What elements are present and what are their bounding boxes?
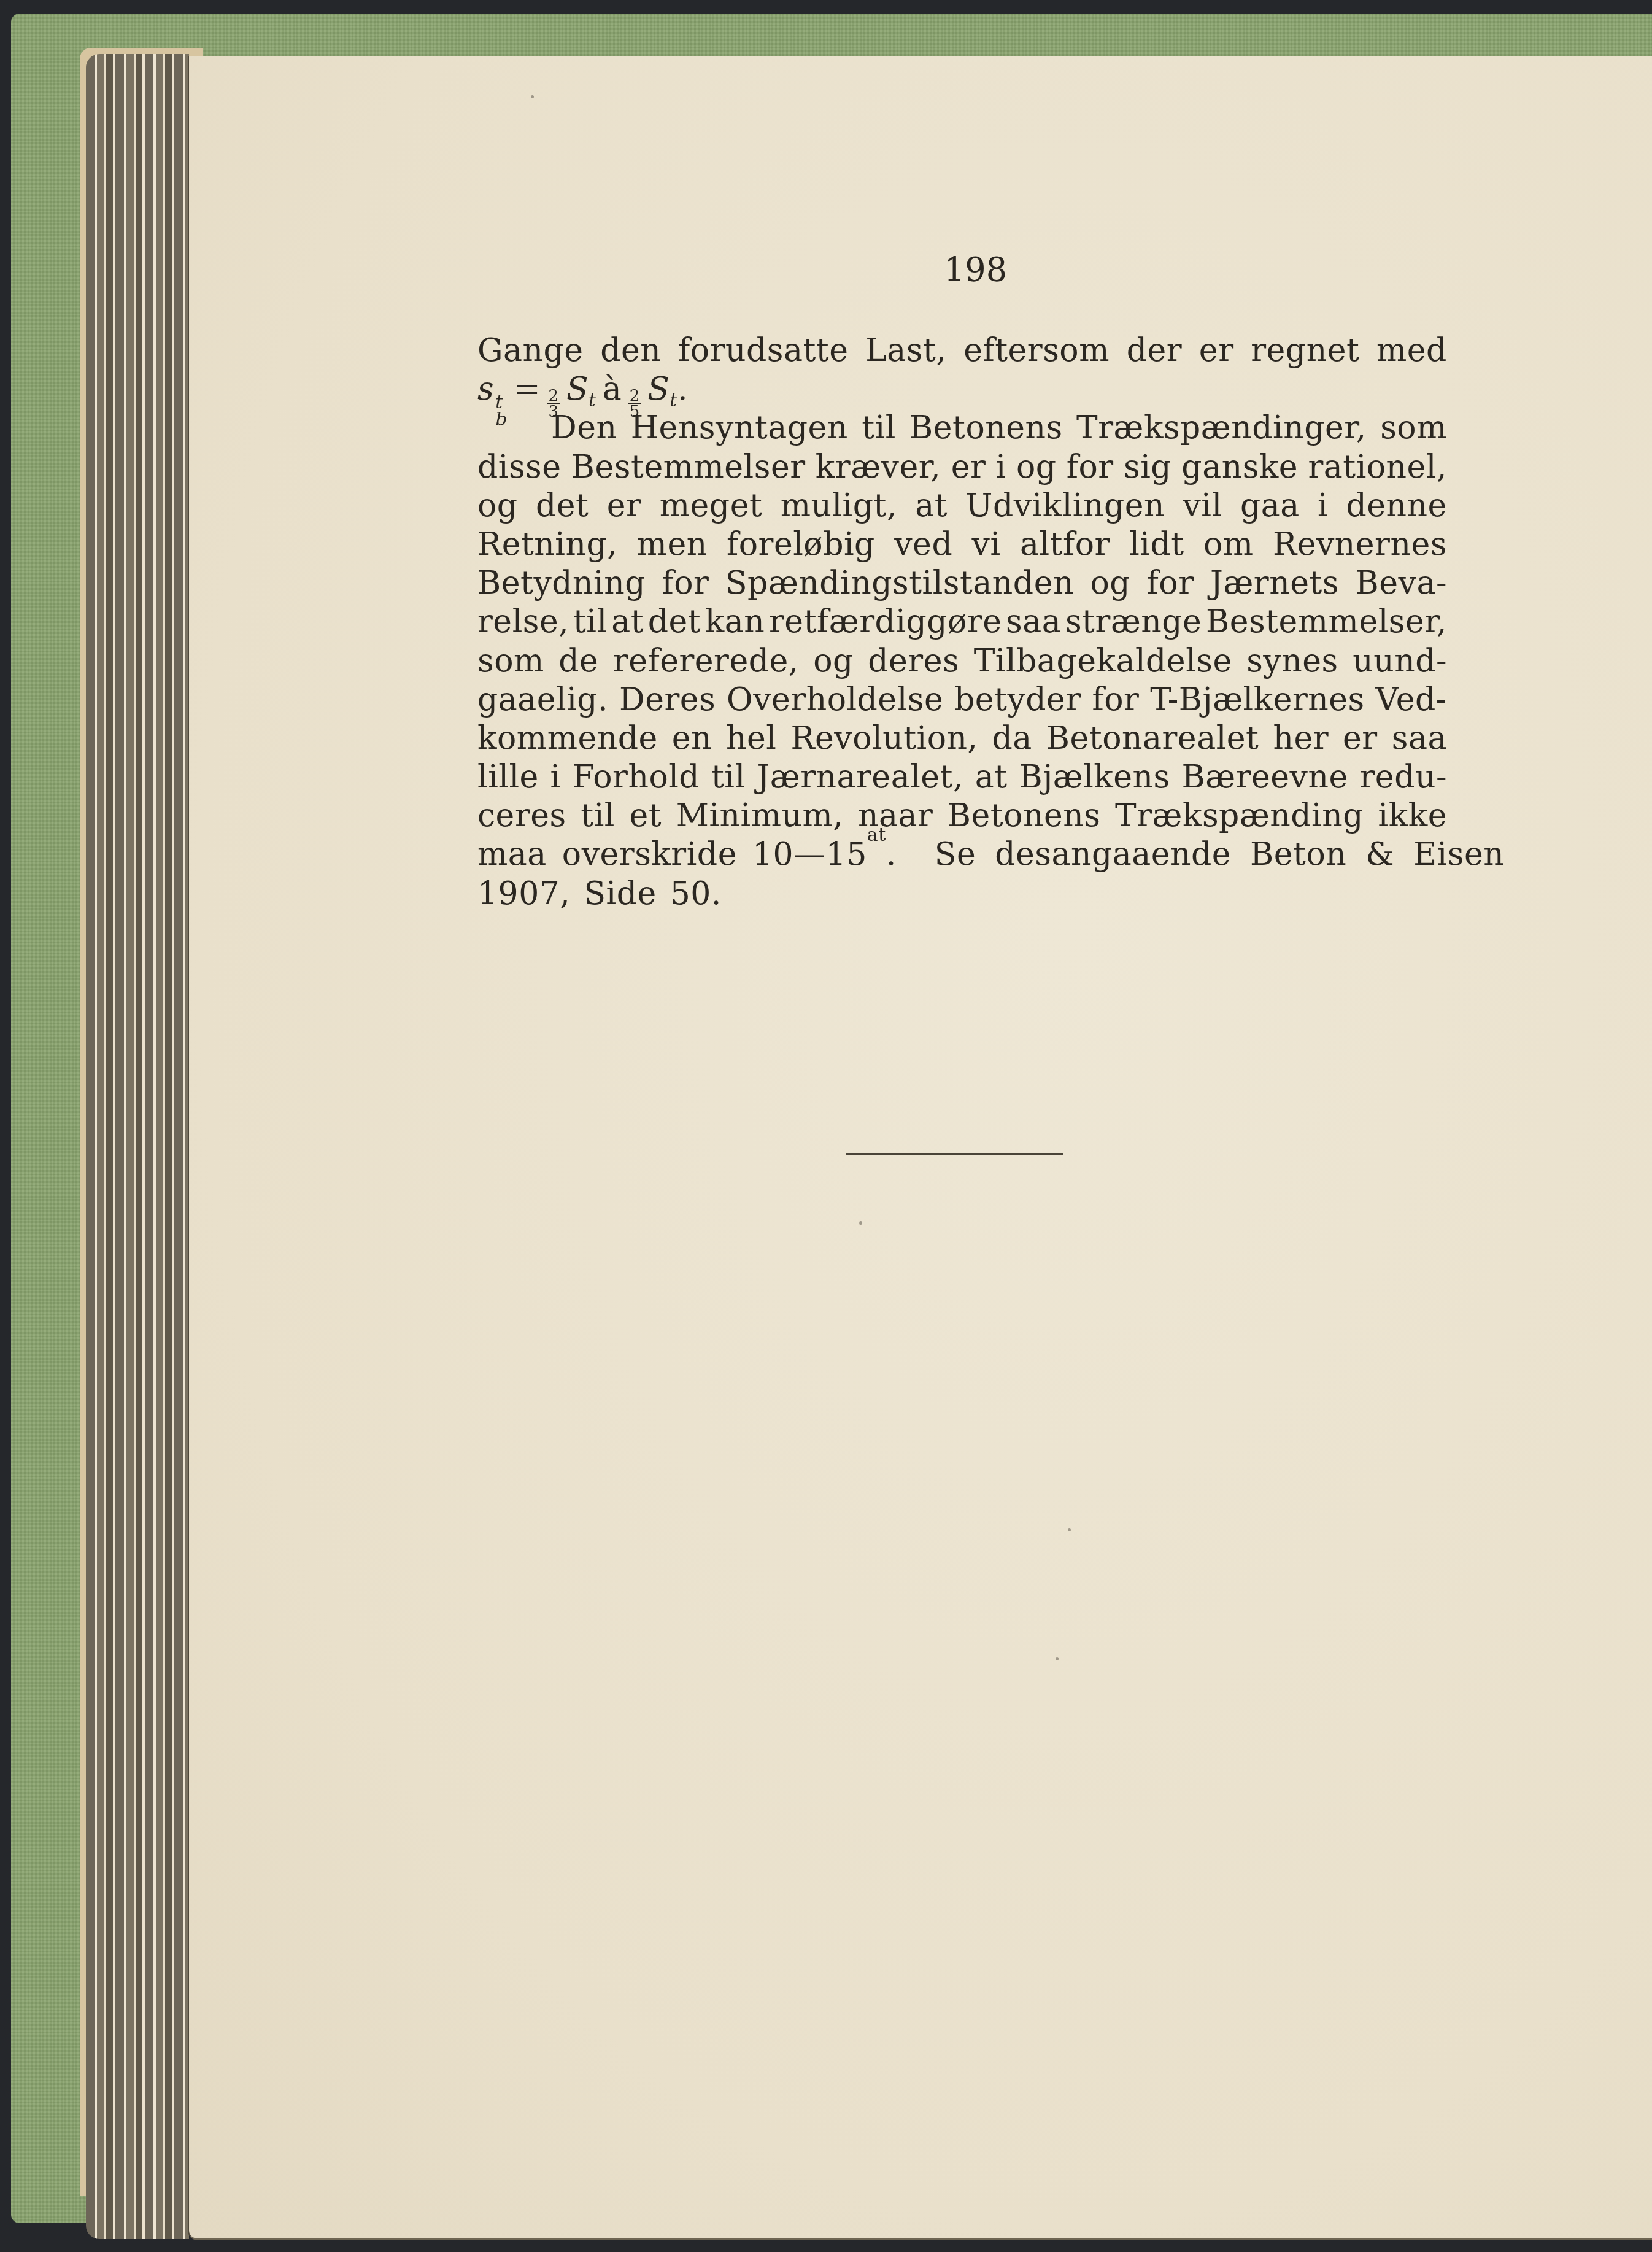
word: men	[637, 525, 708, 564]
text-line: maa overskride 10—15at. Se desangaaende …	[477, 835, 1447, 874]
word: er	[1343, 719, 1378, 758]
word: Revolution,	[790, 719, 978, 758]
word: Hensyntagen	[631, 409, 848, 447]
word: betyder	[954, 681, 1081, 719]
word: Side	[584, 875, 656, 913]
denominator: 5	[630, 405, 640, 419]
paper-speck	[531, 95, 534, 98]
text-line: kommendeenhelRevolution,daBetonarealethe…	[477, 719, 1447, 758]
word: kommende	[477, 719, 658, 758]
word: meget	[660, 487, 763, 525]
word: lidt	[1129, 525, 1184, 564]
word: vi	[972, 525, 1001, 564]
word: T-Bjælkernes	[1150, 681, 1364, 719]
word: som	[1380, 409, 1447, 447]
body-text: Gange den forudsatte Last, eftersom der …	[477, 331, 1447, 913]
formula-line: stb = 23 St à 25 St.	[477, 370, 1447, 409]
word: synes	[1246, 642, 1338, 681]
word: Betonens	[909, 409, 1063, 447]
text-line: Gange den forudsatte Last, eftersom der …	[477, 331, 1447, 370]
section-end-rule	[846, 1153, 1063, 1155]
formula-term: S	[566, 371, 589, 408]
text-line: Retning,menforeløbigvedvialtforlidtomRev…	[477, 525, 1447, 564]
word: Bæreevne	[1182, 758, 1348, 797]
word: denne	[1346, 487, 1447, 525]
word: Udviklingen	[966, 487, 1165, 525]
word: Overholdelse	[727, 681, 943, 719]
word: og	[1090, 564, 1130, 603]
word: Beva-	[1356, 564, 1447, 603]
fraction: 25	[628, 389, 641, 419]
text-line: ogdetermegetmuligt,atUdviklingenvilgaaid…	[477, 487, 1447, 525]
word: Betydning	[477, 564, 646, 603]
fraction: 23	[547, 389, 560, 419]
denominator: 3	[548, 405, 558, 419]
word: lille	[477, 758, 539, 797]
word: Revnernes	[1273, 525, 1447, 564]
word: at	[975, 758, 1008, 797]
word: i	[996, 448, 1006, 487]
formula-equals: =	[514, 370, 541, 409]
word: til	[711, 758, 746, 797]
word: Ved-	[1376, 681, 1447, 719]
word: redu-	[1360, 758, 1447, 797]
page-number: 198	[944, 250, 1005, 289]
word: Betonens	[948, 797, 1101, 835]
word: Deres	[619, 681, 716, 719]
word: til	[581, 797, 615, 835]
word: at	[611, 603, 644, 641]
word: de	[558, 642, 598, 681]
word: den	[600, 331, 661, 370]
punctuation: .	[677, 371, 688, 408]
word: refererede,	[613, 642, 799, 681]
formula-lhs: s	[477, 371, 494, 408]
word: gaa	[1240, 487, 1300, 525]
word: saa	[1392, 719, 1447, 758]
word: et	[629, 797, 662, 835]
numerator: 2	[630, 389, 640, 403]
paper-speck	[1056, 1657, 1059, 1660]
word: for	[1147, 564, 1194, 603]
word: eftersom	[963, 331, 1110, 370]
word: da	[992, 719, 1032, 758]
word: retfærdiggøre	[769, 603, 1002, 641]
word: gaaelig.	[477, 681, 608, 719]
text-line: 1907, Side 50.	[477, 875, 1447, 913]
word: rationel,	[1308, 448, 1447, 487]
word: kan	[705, 603, 765, 641]
formula-subscript: t	[589, 390, 596, 412]
word: til	[862, 409, 896, 447]
word: deres	[868, 642, 959, 681]
text-line: lilleiForholdtilJærnarealet,atBjælkensBæ…	[477, 758, 1447, 797]
word: Trækspænding	[1115, 797, 1364, 835]
word: Jærnets	[1210, 564, 1339, 603]
word: Minimum,	[676, 797, 844, 835]
word: det	[648, 603, 701, 641]
word: en	[672, 719, 712, 758]
word: for	[1092, 681, 1140, 719]
word: Den	[551, 409, 617, 447]
text-segment: . Se desangaaende Beton & Eisen	[886, 835, 1504, 874]
word: det	[536, 487, 589, 525]
paper-speck	[1068, 1528, 1071, 1531]
word: her	[1273, 719, 1329, 758]
word: Bjælkens	[1019, 758, 1170, 797]
word: 1907,	[477, 875, 570, 913]
word: og	[813, 642, 854, 681]
word: Jærnarealet,	[757, 758, 963, 797]
word: Trækspændinger,	[1076, 409, 1367, 447]
word: Bestemmelser,	[1206, 603, 1447, 641]
text-line: DenHensyntagentilBetonensTrækspændinger,…	[477, 409, 1447, 447]
word: ved	[894, 525, 952, 564]
formula: stb = 23 St à 25 St.	[477, 370, 688, 409]
text-segment: maa overskride 10—15	[477, 835, 867, 874]
page-stack-edges	[86, 54, 189, 2239]
text-line: BetydningforSpændingstilstandenogforJærn…	[477, 564, 1447, 603]
word: uund-	[1353, 642, 1447, 681]
word: og	[477, 487, 518, 525]
word: strænge	[1065, 603, 1202, 641]
word: forudsatte	[678, 331, 848, 370]
word: regnet	[1251, 331, 1359, 370]
unit-superscript: at	[867, 835, 886, 874]
formula-subscript: t	[670, 390, 677, 412]
text-line: disseBestemmelserkræver,eriogforsiggansk…	[477, 448, 1447, 487]
word: for	[662, 564, 709, 603]
word: Bestemmelser	[571, 448, 806, 487]
text-line: relse,tilatdetkanretfærdiggøresaastrænge…	[477, 603, 1447, 641]
word: Gange	[477, 331, 584, 370]
word: i	[550, 758, 561, 797]
formula-connector: à	[603, 370, 622, 409]
word: disse	[477, 448, 562, 487]
word: ceres	[477, 797, 566, 835]
word: i	[1318, 487, 1328, 525]
paper-speck	[859, 1221, 862, 1225]
word: er	[607, 487, 642, 525]
word: 50.	[670, 875, 722, 913]
word: der	[1127, 331, 1182, 370]
word: er	[1199, 331, 1234, 370]
word: saa	[1006, 603, 1061, 641]
text-line: somderefererede,ogderesTilbagekaldelsesy…	[477, 642, 1447, 681]
word: foreløbig	[727, 525, 875, 564]
word: altfor	[1020, 525, 1110, 564]
word: Tilbagekaldelse	[974, 642, 1232, 681]
word: Spændingstilstanden	[725, 564, 1074, 603]
word: Betonarealet	[1046, 719, 1259, 758]
word: til	[573, 603, 608, 641]
word: for	[1067, 448, 1114, 487]
word: Last,	[865, 331, 946, 370]
word: ganske	[1181, 448, 1298, 487]
formula-term: S	[647, 371, 670, 408]
formula-subscript: b	[495, 411, 508, 428]
word: kræver,	[816, 448, 941, 487]
word: ikke	[1378, 797, 1447, 835]
word: muligt,	[781, 487, 897, 525]
word: sig	[1124, 448, 1171, 487]
word: relse,	[477, 603, 569, 641]
word: Retning,	[477, 525, 617, 564]
word: som	[477, 642, 544, 681]
word: med	[1376, 331, 1447, 370]
word: er	[951, 448, 986, 487]
numerator: 2	[548, 389, 558, 403]
word: om	[1203, 525, 1254, 564]
word: og	[1016, 448, 1057, 487]
word: Forhold	[573, 758, 700, 797]
text-line: gaaelig.DeresOverholdelsebetyderforT-Bjæ…	[477, 681, 1447, 719]
word: hel	[726, 719, 776, 758]
word: at	[915, 487, 948, 525]
word: vil	[1183, 487, 1222, 525]
text-line: cerestiletMinimum,naarBetonensTrækspændi…	[477, 797, 1447, 835]
